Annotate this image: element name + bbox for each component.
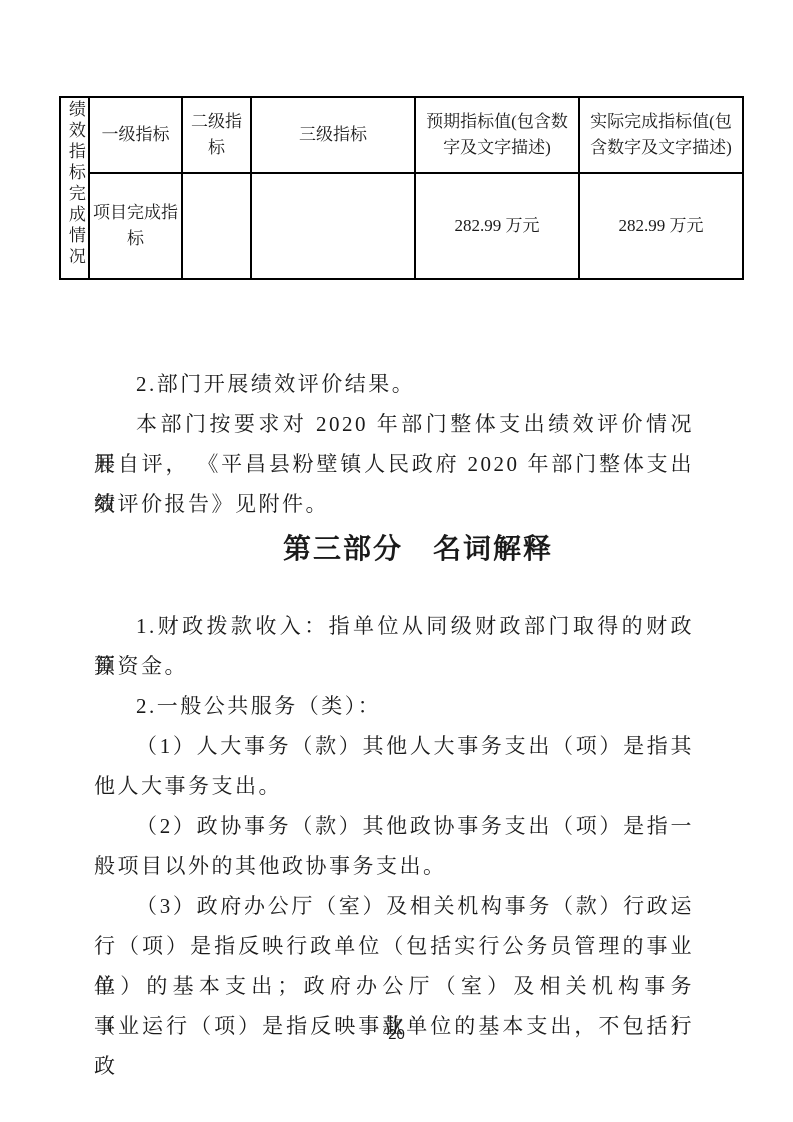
body-line: 2.部门开展绩效评价结果。 bbox=[94, 364, 694, 404]
body-line: 展自评， 《平昌县粉壁镇人民政府 2020 年部门整体支出绩 bbox=[94, 444, 694, 484]
body-line: 他人大事务支出。 bbox=[94, 766, 694, 806]
column-header-expected: 预期指标值(包含数字及文字描述) bbox=[415, 97, 579, 173]
body-line: （2）政协事务（款）其他政协事务支出（项）是指一 bbox=[94, 806, 694, 846]
body-line: 行（项）是指反映行政单位（包括实行公务员管理的事业单 bbox=[94, 926, 694, 966]
table-vertical-header-cell: 绩效指标完成情况 bbox=[60, 97, 89, 279]
cell-expected-value: 282.99 万元 bbox=[415, 173, 579, 280]
cell-level3 bbox=[251, 173, 415, 280]
column-header-actual: 实际完成指标值(包含数字及文字描述) bbox=[579, 97, 743, 173]
cell-level1: 项目完成指标 bbox=[89, 173, 182, 280]
section-heading: 第三部分 名词解释 bbox=[118, 524, 718, 606]
column-header-level2: 二级指标 bbox=[182, 97, 251, 173]
cell-level2 bbox=[182, 173, 251, 280]
table-vertical-header-text: 绩效指标完成情况 bbox=[65, 100, 84, 268]
body-line: 1.财政拨款收入：指单位从同级财政部门取得的财政预 bbox=[94, 606, 694, 646]
column-header-level1: 一级指标 bbox=[89, 97, 182, 173]
page-number: 20 bbox=[0, 1026, 793, 1043]
body-line: 算资金。 bbox=[94, 646, 694, 686]
body-line: 效评价报告》见附件。 bbox=[94, 484, 694, 524]
cell-actual-value: 282.99 万元 bbox=[579, 173, 743, 280]
document-page: 绩效指标完成情况 一级指标 二级指标 三级指标 预期指标值(包含数字及文字描述)… bbox=[0, 0, 793, 1122]
body-line: （3）政府办公厅（室）及相关机构事务（款）行政运 bbox=[94, 886, 694, 926]
body-text: 2.部门开展绩效评价结果。 本部门按要求对 2020 年部门整体支出绩效评价情况… bbox=[94, 364, 694, 1046]
body-line: 位）的基本支出；政府办公厅（室）及相关机构事务（款） bbox=[94, 966, 694, 1006]
body-line: 2.一般公共服务（类）： bbox=[94, 686, 694, 726]
body-line: 般项目以外的其他政协事务支出。 bbox=[94, 846, 694, 886]
body-line: （1）人大事务（款）其他人大事务支出（项）是指其 bbox=[94, 726, 694, 766]
column-header-level3: 三级指标 bbox=[251, 97, 415, 173]
table-row: 项目完成指标 282.99 万元 282.99 万元 bbox=[60, 173, 743, 280]
performance-indicators-table: 绩效指标完成情况 一级指标 二级指标 三级指标 预期指标值(包含数字及文字描述)… bbox=[59, 96, 744, 280]
body-line: 本部门按要求对 2020 年部门整体支出绩效评价情况开 bbox=[94, 404, 694, 444]
